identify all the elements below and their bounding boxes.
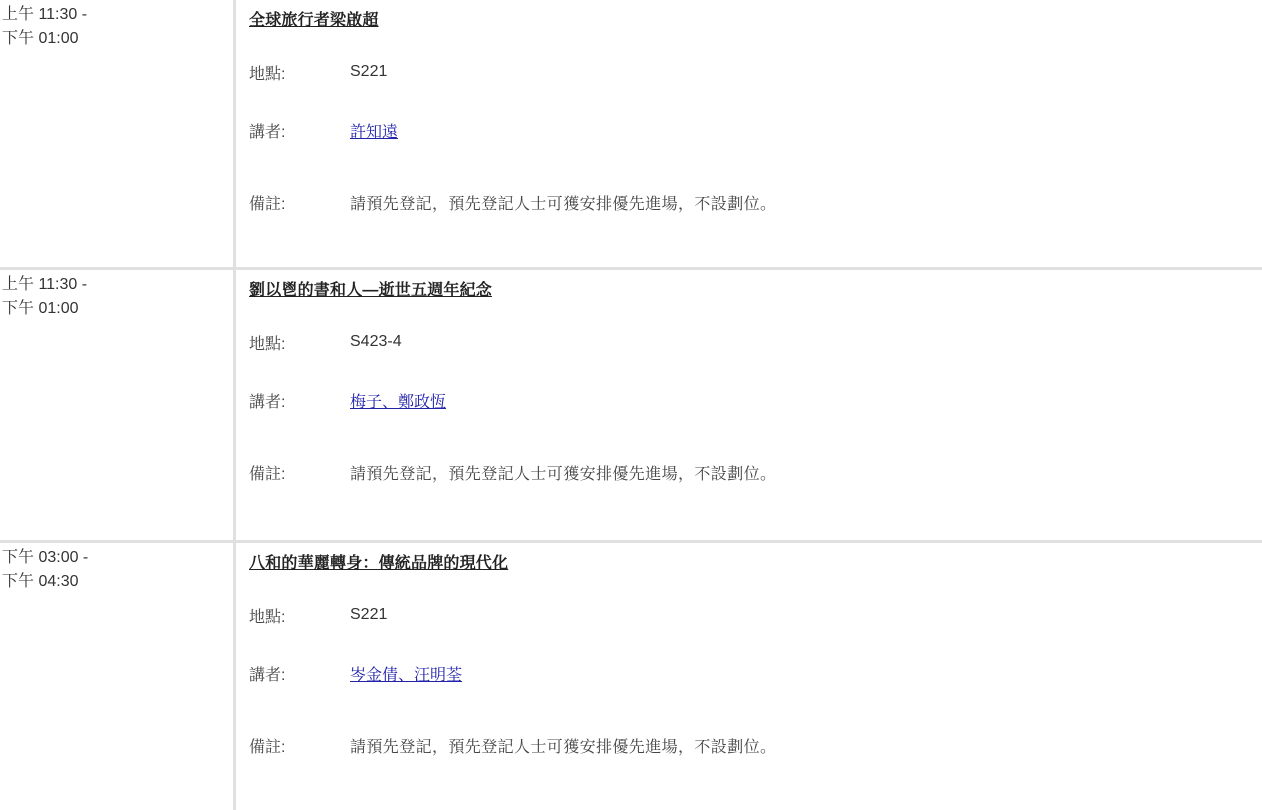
session-details: 八和的華麗轉身：傳統品牌的現代化 地點: S221 講者: 岑金倩、汪明荃 備註… (236, 543, 1262, 810)
notes-row: 備註: 請預先登記，預先登記人士可獲安排優先進場，不設劃位。 (249, 463, 1262, 487)
session-time: 上午 11:30 - 下午 01:00 (0, 0, 233, 267)
session-row: 下午 03:00 - 下午 04:30 八和的華麗轉身：傳統品牌的現代化 地點:… (0, 543, 1262, 810)
session-time: 下午 03:00 - 下午 04:30 (0, 543, 233, 810)
speaker-row: 講者: 許知遠 (249, 121, 1262, 145)
venue-value: S423-4 (350, 330, 402, 354)
time-start: 上午 11:30 - (2, 273, 233, 297)
speaker-link[interactable]: 岑金倩、汪明荃 (350, 664, 462, 688)
session-row: 上午 11:30 - 下午 01:00 全球旅行者梁啟超 地點: S221 講者… (0, 0, 1262, 270)
speaker-link[interactable]: 梅子、鄭政恆 (350, 391, 446, 415)
venue-label: 地點: (249, 333, 350, 357)
venue-label: 地點: (249, 606, 350, 630)
speaker-link[interactable]: 許知遠 (350, 121, 398, 145)
notes-label: 備註: (249, 736, 350, 760)
venue-row: 地點: S221 (249, 63, 1262, 87)
session-title-link[interactable]: 全球旅行者梁啟超 (249, 9, 379, 33)
venue-label: 地點: (249, 63, 350, 87)
speaker-label: 講者: (249, 664, 350, 688)
time-end: 下午 01:00 (2, 297, 233, 321)
venue-value: S221 (350, 603, 387, 627)
notes-value: 請預先登記，預先登記人士可獲安排優先進場，不設劃位。 (350, 193, 776, 217)
speaker-label: 講者: (249, 121, 350, 145)
speaker-row: 講者: 岑金倩、汪明荃 (249, 664, 1262, 688)
session-row: 上午 11:30 - 下午 01:00 劉以鬯的書和人—逝世五週年紀念 地點: … (0, 270, 1262, 543)
time-end: 下午 01:00 (2, 27, 233, 51)
notes-value: 請預先登記，預先登記人士可獲安排優先進場，不設劃位。 (350, 463, 776, 487)
notes-label: 備註: (249, 463, 350, 487)
notes-value: 請預先登記，預先登記人士可獲安排優先進場，不設劃位。 (350, 736, 776, 760)
session-details: 全球旅行者梁啟超 地點: S221 講者: 許知遠 備註: 請預先登記，預先登記… (236, 0, 1262, 267)
venue-row: 地點: S423-4 (249, 333, 1262, 357)
time-end: 下午 04:30 (2, 570, 233, 594)
notes-label: 備註: (249, 193, 350, 217)
speaker-label: 講者: (249, 391, 350, 415)
session-schedule: 上午 11:30 - 下午 01:00 全球旅行者梁啟超 地點: S221 講者… (0, 0, 1262, 810)
session-title-link[interactable]: 劉以鬯的書和人—逝世五週年紀念 (249, 279, 492, 303)
session-time: 上午 11:30 - 下午 01:00 (0, 270, 233, 540)
venue-value: S221 (350, 60, 387, 84)
session-title-link[interactable]: 八和的華麗轉身：傳統品牌的現代化 (249, 552, 508, 576)
notes-row: 備註: 請預先登記，預先登記人士可獲安排優先進場，不設劃位。 (249, 193, 1262, 217)
time-start: 下午 03:00 - (2, 546, 233, 570)
session-details: 劉以鬯的書和人—逝世五週年紀念 地點: S423-4 講者: 梅子、鄭政恆 備註… (236, 270, 1262, 540)
notes-row: 備註: 請預先登記，預先登記人士可獲安排優先進場，不設劃位。 (249, 736, 1262, 760)
speaker-row: 講者: 梅子、鄭政恆 (249, 391, 1262, 415)
time-start: 上午 11:30 - (2, 3, 233, 27)
venue-row: 地點: S221 (249, 606, 1262, 630)
